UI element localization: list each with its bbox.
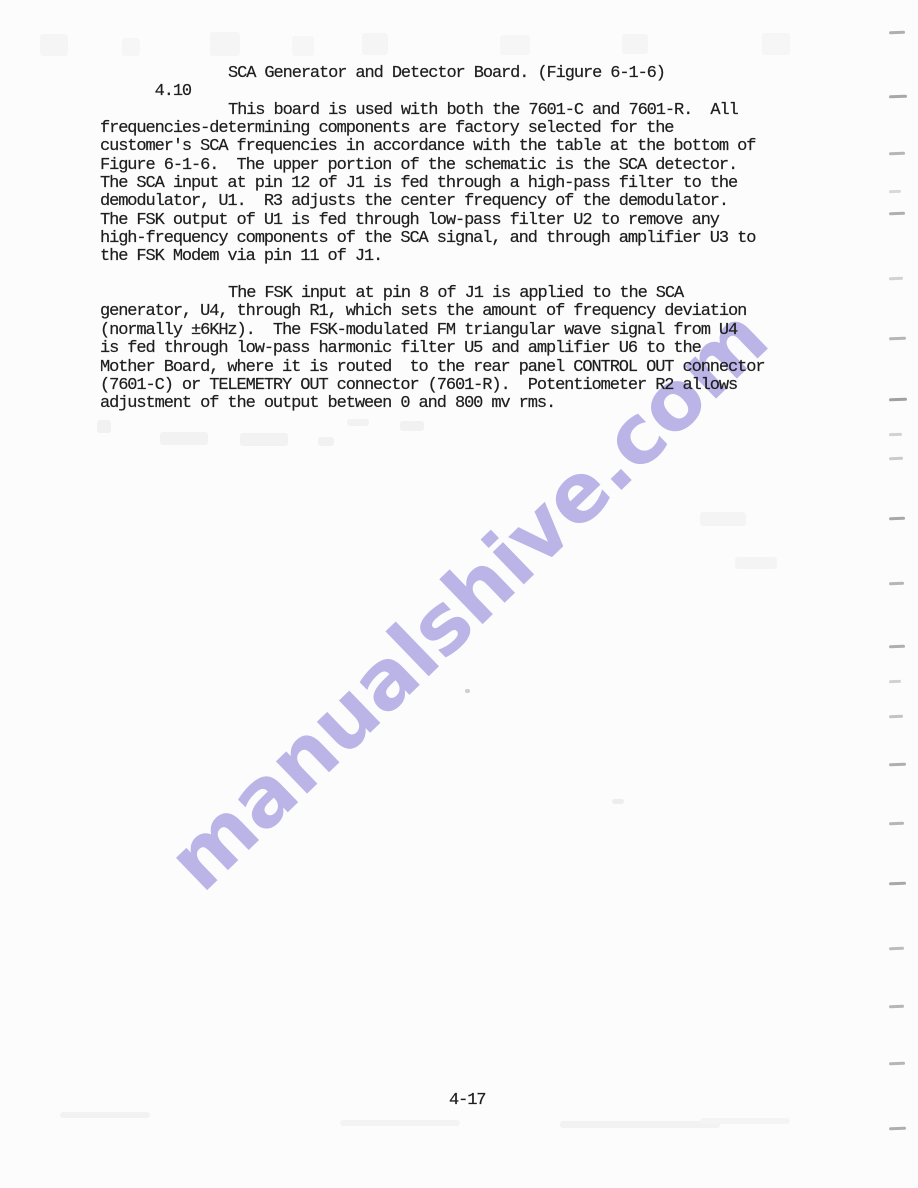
scan-smudge bbox=[560, 1121, 720, 1128]
text-line: (7601-C) or TELEMETRY OUT connector (760… bbox=[100, 377, 820, 395]
scan-smudge bbox=[362, 33, 388, 55]
text-line: the FSK Modem via pin 11 of J1. bbox=[100, 248, 820, 266]
binding-mark bbox=[889, 337, 906, 341]
scan-smudge bbox=[292, 36, 314, 56]
binding-mark bbox=[889, 1005, 904, 1009]
scan-smudge bbox=[318, 437, 334, 446]
scan-smudge bbox=[60, 1112, 150, 1118]
blank-line bbox=[100, 83, 820, 101]
section-title: SCA Generator and Detector Board. (Figur… bbox=[228, 65, 665, 83]
scan-smudge bbox=[700, 512, 746, 526]
scan-smudge bbox=[347, 419, 369, 426]
document-text-block: 4.10 SCA Generator and Detector Board. (… bbox=[100, 65, 820, 414]
binding-mark bbox=[889, 398, 907, 402]
binding-mark bbox=[889, 763, 906, 767]
text-line: (normally ±6KHz). The FSK-modulated FM t… bbox=[100, 322, 820, 340]
scan-smudge bbox=[240, 433, 288, 446]
scan-smudge bbox=[122, 38, 140, 56]
scan-smudge bbox=[97, 420, 111, 433]
binding-mark bbox=[889, 457, 903, 460]
binding-mark bbox=[889, 212, 905, 216]
binding-mark bbox=[889, 433, 902, 436]
scan-smudge bbox=[622, 34, 648, 54]
text-line: Mother Board, where it is routed to the … bbox=[100, 359, 820, 377]
text-line: customer's SCA frequencies in accordance… bbox=[100, 138, 820, 156]
text-line: demodulator, U1. R3 adjusts the center f… bbox=[100, 193, 820, 211]
section-heading: 4.10 SCA Generator and Detector Board. (… bbox=[100, 65, 820, 83]
scan-smudge bbox=[465, 689, 470, 693]
binding-mark bbox=[889, 947, 904, 951]
scan-smudge bbox=[40, 34, 68, 56]
text-line: generator, U4, through R1, which sets th… bbox=[100, 303, 820, 321]
scan-smudge bbox=[612, 799, 624, 804]
binding-mark bbox=[889, 715, 903, 718]
binding-mark bbox=[889, 882, 906, 886]
binding-mark bbox=[889, 517, 905, 521]
scan-smudge bbox=[210, 32, 240, 56]
scan-smudge bbox=[500, 35, 530, 55]
scan-smudge bbox=[735, 557, 777, 569]
binding-mark bbox=[889, 190, 901, 193]
binding-mark bbox=[889, 822, 904, 826]
text-line: high-frequency components of the SCA sig… bbox=[100, 230, 820, 248]
text-line: This board is used with both the 7601-C … bbox=[100, 102, 820, 120]
text-line: The SCA input at pin 12 of J1 is fed thr… bbox=[100, 175, 820, 193]
binding-mark bbox=[889, 645, 905, 649]
binding-mark bbox=[889, 95, 907, 99]
text-line: adjustment of the output between 0 and 8… bbox=[100, 395, 820, 413]
page-number: 4-17 bbox=[449, 1092, 485, 1110]
blank-line bbox=[100, 267, 820, 285]
binding-mark bbox=[889, 152, 905, 156]
text-line: The FSK output of U1 is fed through low-… bbox=[100, 212, 820, 230]
binding-mark bbox=[889, 1127, 906, 1131]
binding-mark bbox=[889, 1062, 905, 1066]
text-line: Figure 6-1-6. The upper portion of the s… bbox=[100, 157, 820, 175]
scan-smudge bbox=[340, 1120, 460, 1126]
scanned-manual-page: manualshive.com 4.10 SCA Generator and D… bbox=[0, 0, 918, 1188]
scan-smudge bbox=[160, 432, 208, 445]
binding-mark bbox=[889, 277, 903, 280]
binding-mark bbox=[889, 680, 901, 683]
scan-smudge bbox=[762, 33, 790, 55]
text-line: is fed through low-pass harmonic filter … bbox=[100, 340, 820, 358]
binding-mark bbox=[889, 31, 905, 35]
text-line: frequencies-determining components are f… bbox=[100, 120, 820, 138]
scan-smudge bbox=[700, 1118, 790, 1124]
text-line: The FSK input at pin 8 of J1 is applied … bbox=[100, 285, 820, 303]
scan-smudge bbox=[400, 421, 424, 431]
binding-mark bbox=[889, 582, 904, 586]
